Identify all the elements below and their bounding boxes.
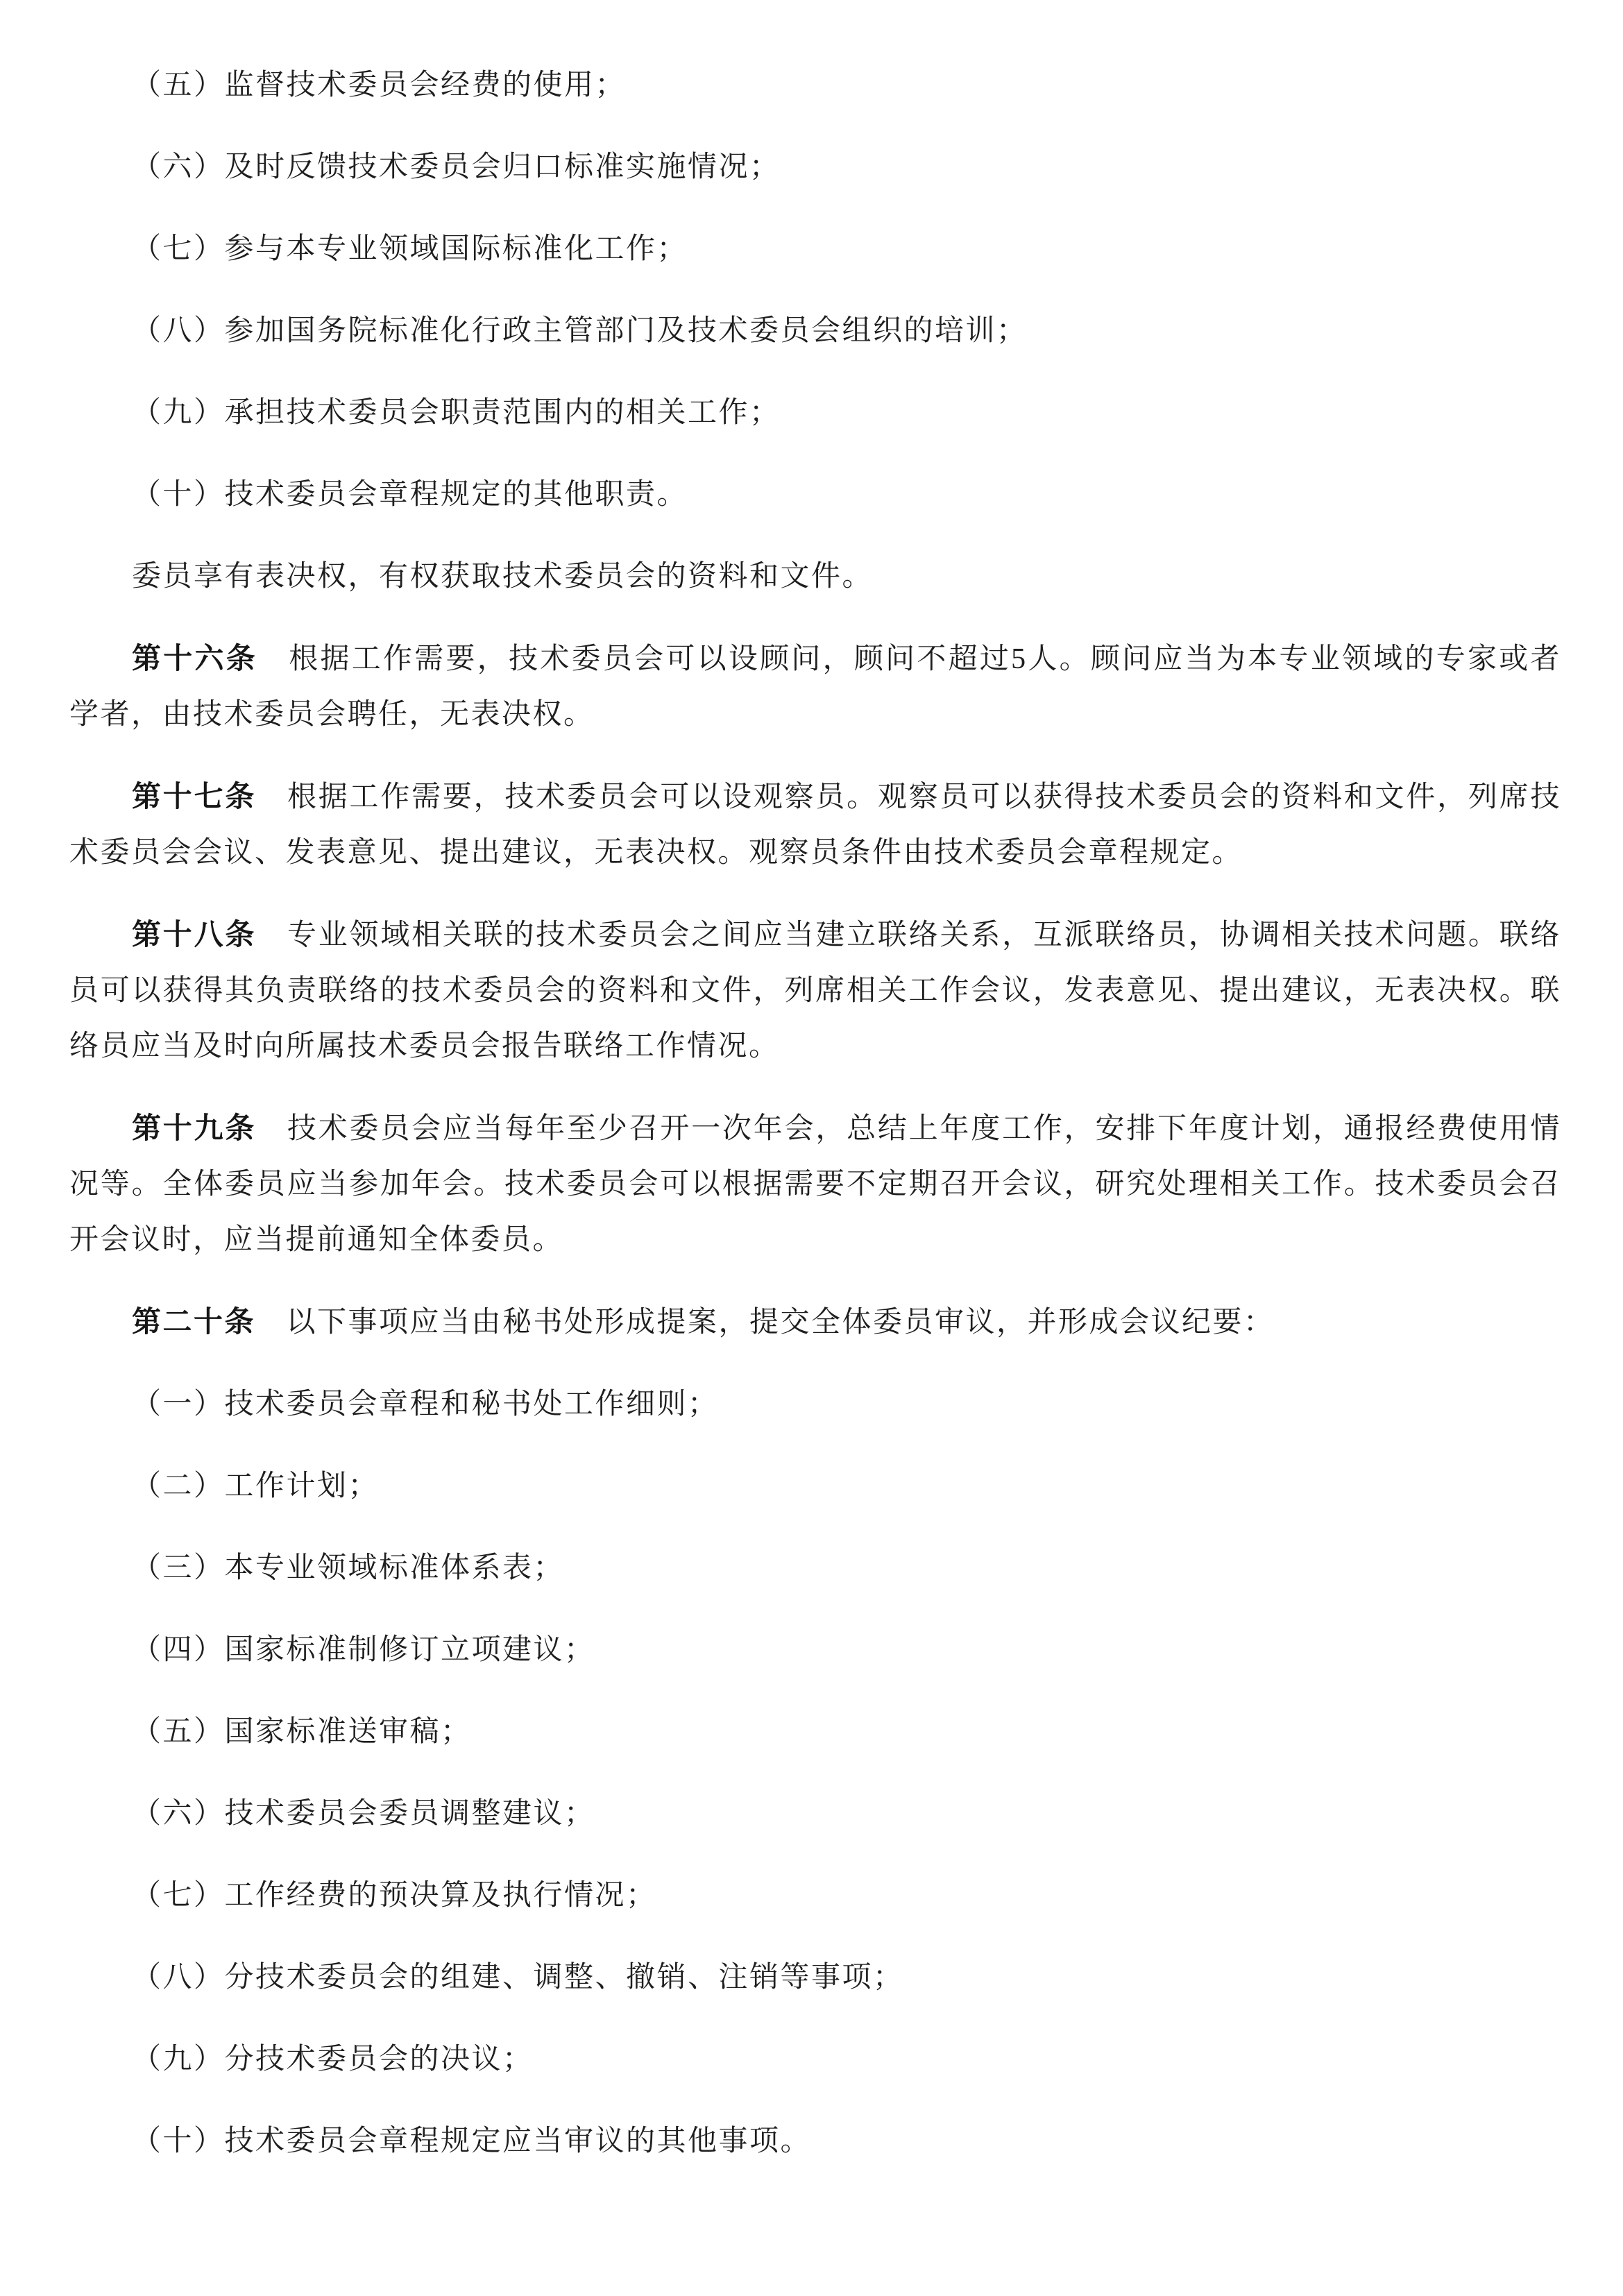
list-item-paragraph: （八）参加国务院标准化行政主管部门及技术委员会组织的培训；	[69, 303, 1561, 359]
paragraph-text: 委员享有表决权，有权获取技术委员会的资料和文件。	[132, 561, 873, 593]
paragraph-text: （二）工作计划；	[132, 1470, 379, 1502]
list-item-paragraph: （六）技术委员会委员调整建议；	[69, 1786, 1561, 1842]
list-item-paragraph: （四）国家标准制修订立项建议；	[69, 1622, 1561, 1678]
paragraph-text: （九）分技术委员会的决议；	[132, 2043, 534, 2075]
paragraph-text: （三）本专业领域标准体系表；	[132, 1552, 564, 1584]
paragraph-text: （十）技术委员会章程规定应当审议的其他事项。	[132, 2125, 811, 2157]
paragraph-text: 根据工作需要，技术委员会可以设顾问，顾问不超过5人。顾问应当为本专业领域的专家或…	[69, 643, 1561, 731]
paragraph-text: （一）技术委员会章程和秘书处工作细则；	[132, 1388, 719, 1420]
paragraph-text: （五）监督技术委员会经费的使用；	[132, 69, 626, 101]
list-item-paragraph: （二）工作计划；	[69, 1459, 1561, 1514]
paragraph-text: （七）工作经费的预决算及执行情况；	[132, 1880, 657, 1912]
paragraph-text: 根据工作需要，技术委员会可以设观察员。观察员可以获得技术委员会的资料和文件，列席…	[69, 781, 1561, 869]
list-item-paragraph: （七）参与本专业领域国际标准化工作；	[69, 221, 1561, 277]
paragraph-text: （五）国家标准送审稿；	[132, 1716, 472, 1748]
list-item-paragraph: （七）工作经费的预决算及执行情况；	[69, 1868, 1561, 1923]
paragraph-text: （九）承担技术委员会职责范围内的相关工作；	[132, 397, 781, 429]
list-item-paragraph: （九）承担技术委员会职责范围内的相关工作；	[69, 385, 1561, 441]
article-paragraph: 第十八条 专业领域相关联的技术委员会之间应当建立联络关系，互派联络员，协调相关技…	[69, 907, 1561, 1074]
paragraph-text: 专业领域相关联的技术委员会之间应当建立联络关系，互派联络员，协调相关技术问题。联…	[69, 919, 1561, 1062]
article-paragraph: 第二十条 以下事项应当由秘书处形成提案，提交全体委员审议，并形成会议纪要：	[69, 1294, 1561, 1350]
list-item-paragraph: （一）技术委员会章程和秘书处工作细则；	[69, 1377, 1561, 1432]
paragraph-text: （六）技术委员会委员调整建议；	[132, 1798, 595, 1830]
list-item-paragraph: （九）分技术委员会的决议；	[69, 2032, 1561, 2087]
paragraph-text: 以下事项应当由秘书处形成提案，提交全体委员审议，并形成会议纪要：	[287, 1307, 1275, 1338]
list-item-paragraph: （八）分技术委员会的组建、调整、撤销、注销等事项；	[69, 1950, 1561, 2005]
article-paragraph: 第十七条 根据工作需要，技术委员会可以设观察员。观察员可以获得技术委员会的资料和…	[69, 769, 1561, 881]
article-paragraph: 第十六条 根据工作需要，技术委员会可以设顾问，顾问不超过5人。顾问应当为本专业领…	[69, 631, 1561, 742]
article-number-label: 第二十条	[132, 1305, 287, 1338]
body-paragraph: 委员享有表决权，有权获取技术委员会的资料和文件。	[69, 549, 1561, 604]
paragraph-text: （八）分技术委员会的组建、调整、撤销、注销等事项；	[132, 1962, 904, 1993]
list-item-paragraph: （五）国家标准送审稿；	[69, 1704, 1561, 1760]
list-item-paragraph: （六）及时反馈技术委员会归口标准实施情况；	[69, 139, 1561, 195]
article-number-label: 第十七条	[132, 780, 287, 813]
article-number-label: 第十六条	[132, 642, 289, 674]
paragraph-text: （八）参加国务院标准化行政主管部门及技术委员会组织的培训；	[132, 315, 1028, 347]
list-item-paragraph: （五）监督技术委员会经费的使用；	[69, 58, 1561, 113]
paragraph-text: 技术委员会应当每年至少召开一次年会，总结上年度工作，安排下年度计划，通报经费使用…	[69, 1113, 1561, 1256]
document-page: （五）监督技术委员会经费的使用；（六）及时反馈技术委员会归口标准实施情况；（七）…	[0, 0, 1623, 2296]
article-number-label: 第十八条	[132, 918, 287, 951]
paragraph-text: （七）参与本专业领域国际标准化工作；	[132, 233, 688, 265]
article-number-label: 第十九条	[132, 1112, 287, 1144]
paragraph-text: （六）及时反馈技术委员会归口标准实施情况；	[132, 151, 781, 183]
article-paragraph: 第十九条 技术委员会应当每年至少召开一次年会，总结上年度工作，安排下年度计划，通…	[69, 1100, 1561, 1268]
list-item-paragraph: （三）本专业领域标准体系表；	[69, 1540, 1561, 1596]
document-body: （五）监督技术委员会经费的使用；（六）及时反馈技术委员会归口标准实施情况；（七）…	[0, 0, 1623, 2169]
paragraph-text: （四）国家标准制修订立项建议；	[132, 1634, 595, 1666]
paragraph-text: （十）技术委员会章程规定的其他职责。	[132, 479, 688, 511]
list-item-paragraph: （十）技术委员会章程规定应当审议的其他事项。	[69, 2114, 1561, 2169]
list-item-paragraph: （十）技术委员会章程规定的其他职责。	[69, 467, 1561, 522]
